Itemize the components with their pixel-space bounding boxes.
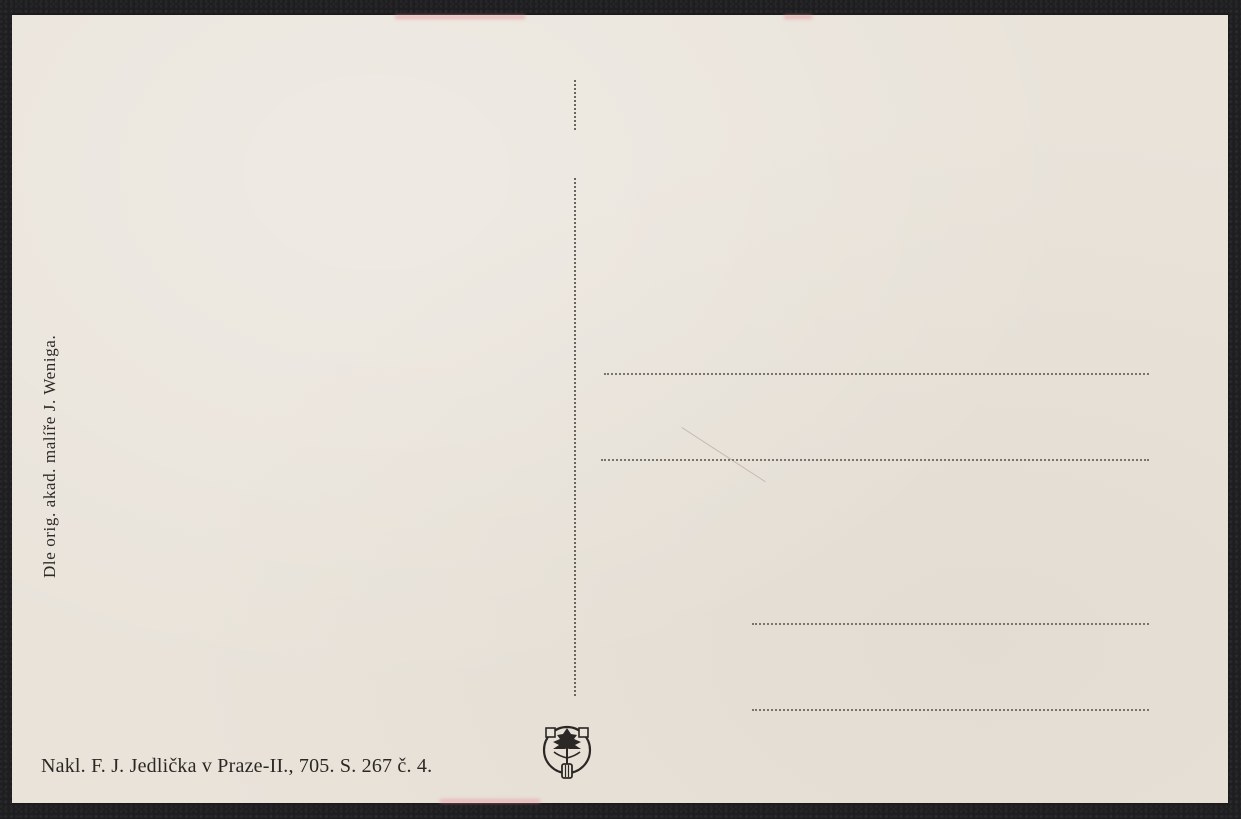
- tree-emblem-icon: [541, 722, 593, 782]
- pencil-scratch: [681, 427, 765, 482]
- address-line-4: [752, 709, 1149, 711]
- center-divider-main: [574, 178, 576, 696]
- pink-stain-top-right: [784, 15, 812, 19]
- postcard-back: Dle orig. akad. malíře J. Weniga. Nakl. …: [12, 15, 1228, 803]
- pink-stain-bottom: [440, 799, 540, 803]
- pink-stain-top-left: [395, 15, 525, 19]
- address-line-2: [601, 459, 1149, 461]
- publisher-imprint: Nakl. F. J. Jedlička v Praze-II., 705. S…: [41, 755, 432, 778]
- address-line-3: [752, 623, 1149, 625]
- address-line-1: [604, 373, 1149, 375]
- artist-credit: Dle orig. akad. malíře J. Weniga.: [40, 335, 60, 578]
- center-divider-top: [574, 80, 576, 130]
